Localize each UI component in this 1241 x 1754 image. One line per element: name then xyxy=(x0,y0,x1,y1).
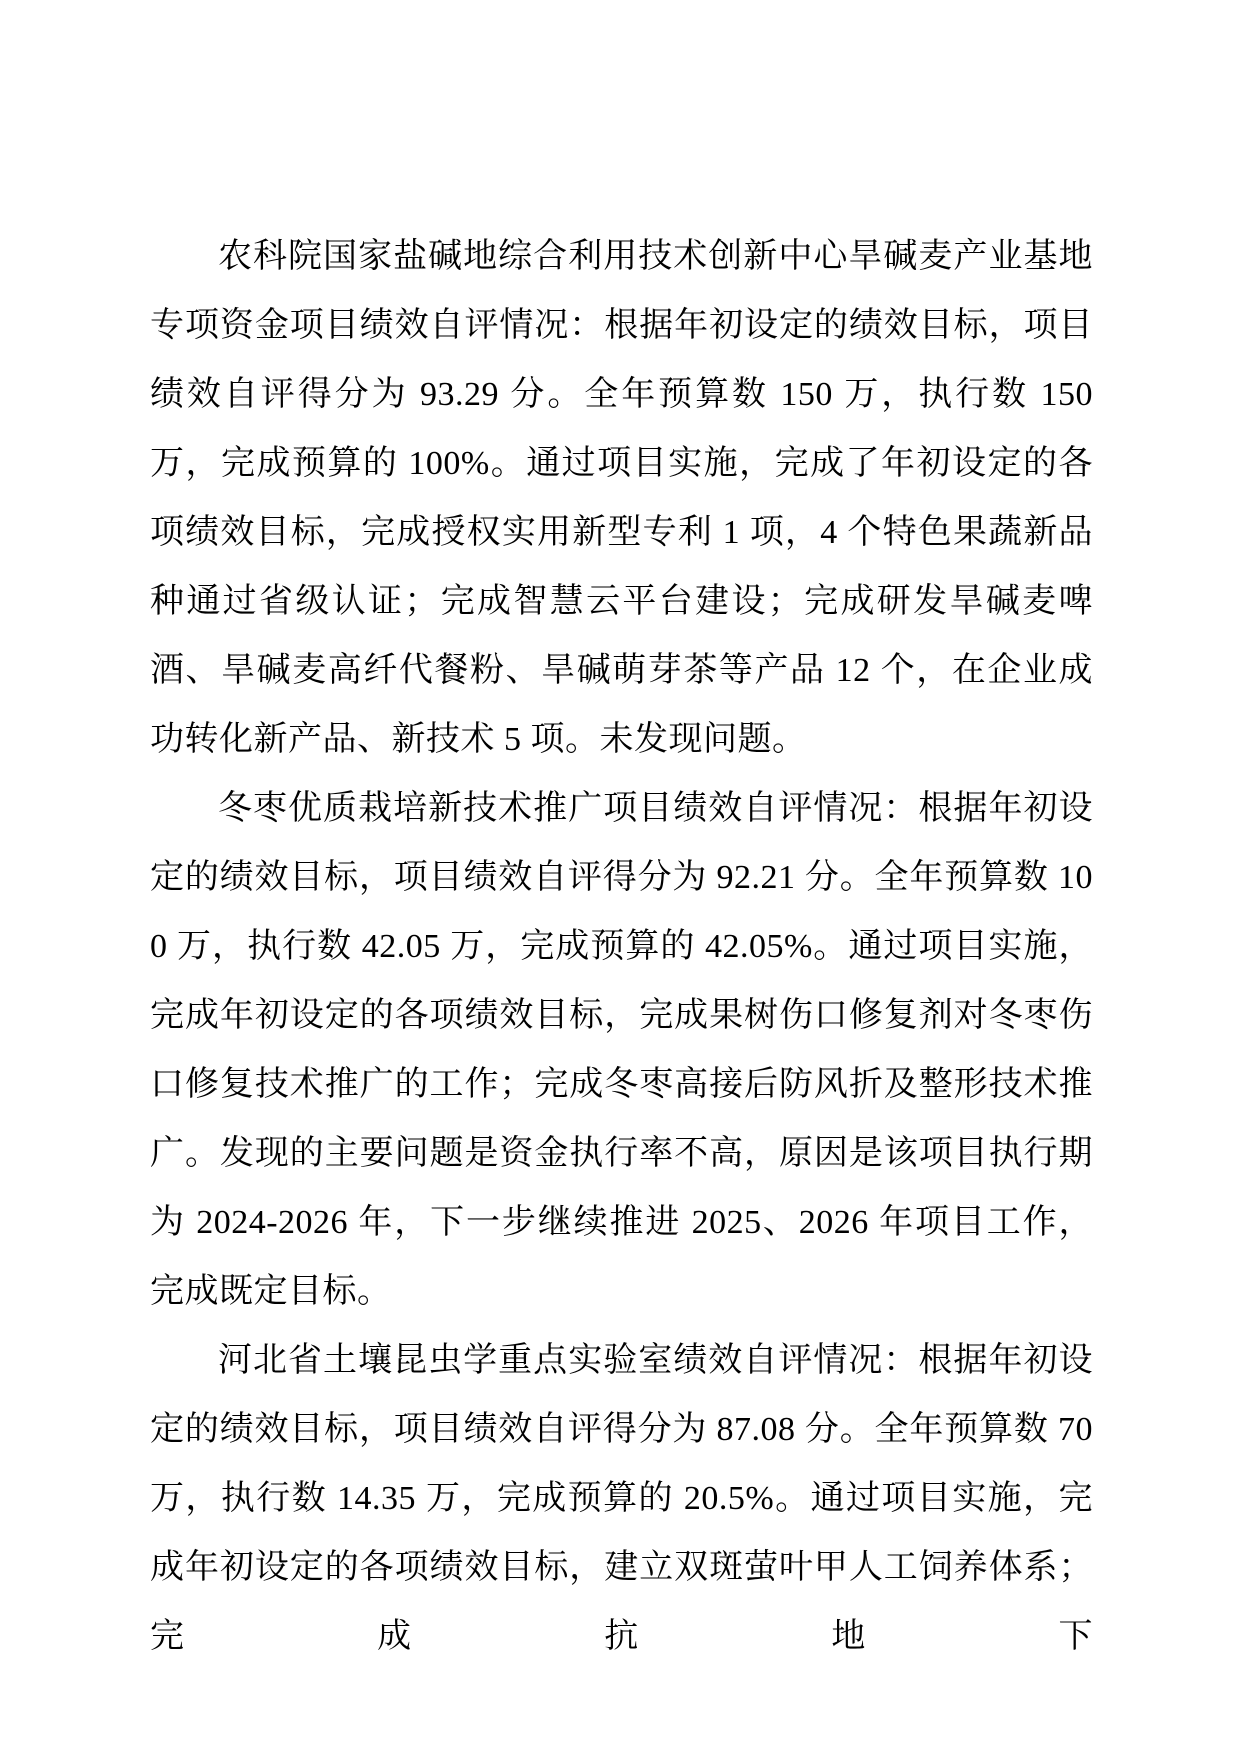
document-page: 农科院国家盐碱地综合利用技术创新中心旱碱麦产业基地专项资金项目绩效自评情况：根据… xyxy=(0,0,1241,1754)
paragraph-soil-entomology-lab: 河北省土壤昆虫学重点实验室绩效自评情况：根据年初设定的绩效目标，项目绩效自评得分… xyxy=(150,1326,1093,1671)
paragraph-winter-jujube-project: 冬枣优质栽培新技术推广项目绩效自评情况：根据年初设定的绩效目标，项目绩效自评得分… xyxy=(150,774,1093,1326)
paragraph-saline-alkali-wheat-project: 农科院国家盐碱地综合利用技术创新中心旱碱麦产业基地专项资金项目绩效自评情况：根据… xyxy=(150,222,1093,774)
